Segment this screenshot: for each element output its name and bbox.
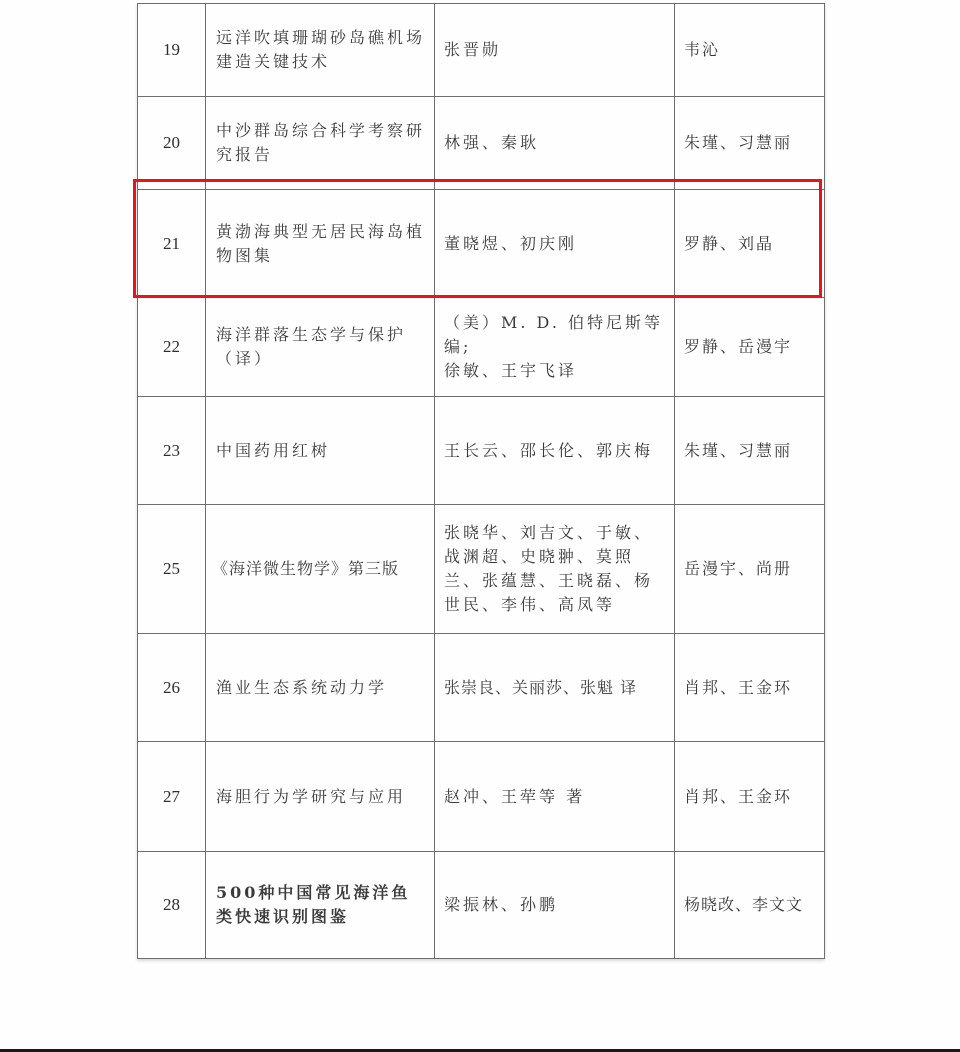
author-line: （美）M. D. 伯特尼斯等: [444, 311, 668, 335]
table-row: 25 《海洋微生物学》第三版 张晓华、刘吉文、于敏、战渊超、史晓翀、莫照兰、张蕴…: [138, 505, 825, 634]
book-title: 《海洋微生物学》第三版: [206, 505, 435, 634]
book-editors: 肖邦、王金环: [675, 742, 825, 852]
book-authors: 王长云、邵长伦、郭庆梅: [435, 397, 675, 505]
book-editors: 岳漫宇、尚册: [675, 505, 825, 634]
table-row: 28 500种中国常见海洋鱼类快速识别图鉴 梁振林、孙鹏 杨晓改、李文文: [138, 852, 825, 959]
book-authors: （美）M. D. 伯特尼斯等 编; 徐敏、王宇飞译: [435, 298, 675, 397]
table-row: 27 海胆行为学研究与应用 赵冲、王荦等 著 肖邦、王金环: [138, 742, 825, 852]
book-authors: 张崇良、关丽莎、张魁 译: [435, 634, 675, 742]
book-authors: 林强、秦耿: [435, 97, 675, 190]
row-number: 21: [138, 190, 206, 298]
row-number: 26: [138, 634, 206, 742]
table-row: 19 远洋吹填珊瑚砂岛礁机场建造关键技术 张晋勋 韦沁: [138, 4, 825, 97]
book-authors: 梁振林、孙鹏: [435, 852, 675, 959]
book-title: 渔业生态系统动力学: [206, 634, 435, 742]
book-title: 海洋群落生态学与保护（译）: [206, 298, 435, 397]
table-row: 20 中沙群岛综合科学考察研究报告 林强、秦耿 朱瑾、习慧丽: [138, 97, 825, 190]
book-authors: 张晓华、刘吉文、于敏、战渊超、史晓翀、莫照兰、张蕴慧、王晓磊、杨世民、李伟、高凤…: [435, 505, 675, 634]
book-authors: 董晓煜、初庆刚: [435, 190, 675, 298]
table-row-highlighted: 21 黄渤海典型无居民海岛植物图集 董晓煜、初庆刚 罗静、刘晶: [138, 190, 825, 298]
row-number: 25: [138, 505, 206, 634]
book-editors: 肖邦、王金环: [675, 634, 825, 742]
row-number: 28: [138, 852, 206, 959]
book-title: 500种中国常见海洋鱼类快速识别图鉴: [206, 852, 435, 959]
book-title: 远洋吹填珊瑚砂岛礁机场建造关键技术: [206, 4, 435, 97]
book-editors: 韦沁: [675, 4, 825, 97]
book-authors: 赵冲、王荦等 著: [435, 742, 675, 852]
row-number: 22: [138, 298, 206, 397]
table-row: 23 中国药用红树 王长云、邵长伦、郭庆梅 朱瑾、习慧丽: [138, 397, 825, 505]
book-title: 黄渤海典型无居民海岛植物图集: [206, 190, 435, 298]
row-number: 23: [138, 397, 206, 505]
book-editors: 罗静、刘晶: [675, 190, 825, 298]
table-row: 22 海洋群落生态学与保护（译） （美）M. D. 伯特尼斯等 编; 徐敏、王宇…: [138, 298, 825, 397]
book-authors: 张晋勋: [435, 4, 675, 97]
table-row: 26 渔业生态系统动力学 张崇良、关丽莎、张魁 译 肖邦、王金环: [138, 634, 825, 742]
row-number: 27: [138, 742, 206, 852]
book-editors: 朱瑾、习慧丽: [675, 97, 825, 190]
author-line: 编;: [444, 335, 668, 359]
book-editors: 朱瑾、习慧丽: [675, 397, 825, 505]
book-title: 海胆行为学研究与应用: [206, 742, 435, 852]
book-editors: 罗静、岳漫宇: [675, 298, 825, 397]
author-line: 徐敏、王宇飞译: [444, 359, 668, 383]
book-title: 中国药用红树: [206, 397, 435, 505]
book-editors: 杨晓改、李文文: [675, 852, 825, 959]
book-title: 中沙群岛综合科学考察研究报告: [206, 97, 435, 190]
row-number: 19: [138, 4, 206, 97]
book-list-table: 19 远洋吹填珊瑚砂岛礁机场建造关键技术 张晋勋 韦沁 20 中沙群岛综合科学考…: [137, 3, 825, 959]
row-number: 20: [138, 97, 206, 190]
